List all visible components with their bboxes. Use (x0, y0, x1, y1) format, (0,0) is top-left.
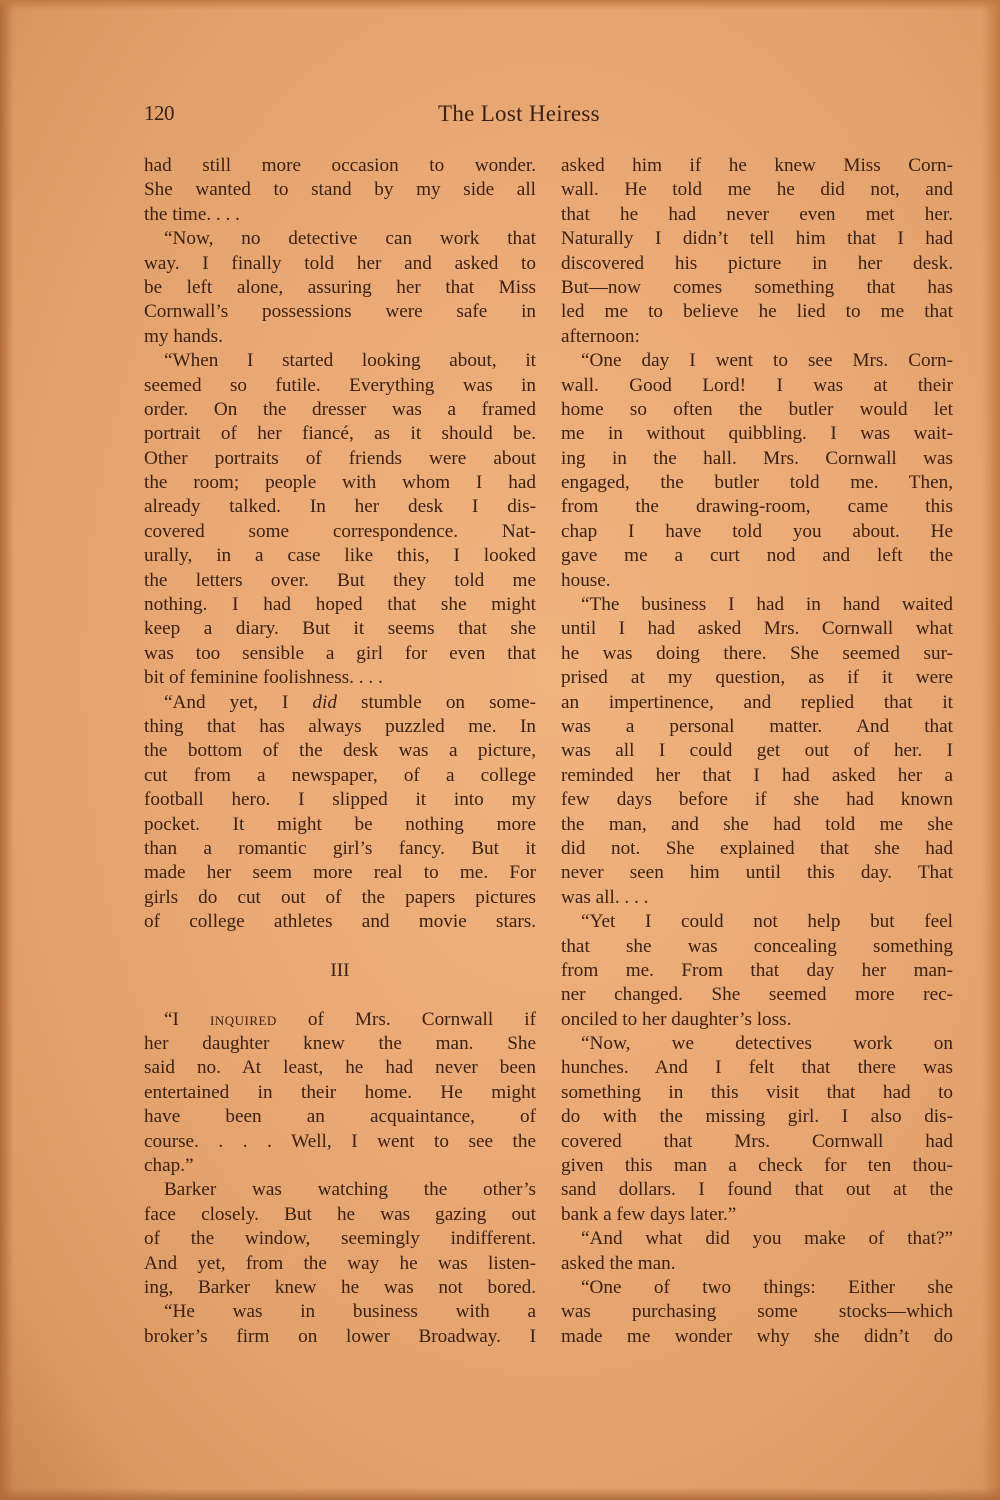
text-line: already talked. In her desk I dis- (144, 495, 536, 519)
right-column: asked him if he knew Miss Corn- wall. He… (561, 154, 953, 1349)
text-line: do with the missing girl. I also dis- (561, 1105, 953, 1129)
text-line: that she was concealing something (561, 935, 953, 959)
text-line: order. On the dresser was a framed (144, 398, 536, 422)
text-line: covered some correspondence. Nat- (144, 520, 536, 544)
text-line: “He was in business with a (144, 1300, 536, 1324)
text-line: nothing. I had hoped that she might (144, 593, 536, 617)
text-line: But—now comes something that has (561, 276, 953, 300)
text-line: ner changed. She seemed more rec- (561, 983, 953, 1007)
text-line: asked him if he knew Miss Corn- (561, 154, 953, 178)
text-line: was a personal matter. And that (561, 715, 953, 739)
text-line: “One of two things: Either she (561, 1276, 953, 1300)
text-line: discovered his picture in her desk. (561, 252, 953, 276)
text-line: “Now, we detectives work on (561, 1032, 953, 1056)
text-line: the bottom of the desk was a picture, (144, 739, 536, 763)
page-edge-shadow-top (0, 0, 1000, 10)
page-header: 120 The Lost Heiress (144, 101, 950, 131)
text-line: my hands. (144, 325, 536, 349)
text-line: Other portraits of friends were about (144, 447, 536, 471)
text-line: covered that Mrs. Cornwall had (561, 1130, 953, 1154)
text-line: house. (561, 569, 953, 593)
text-line: engaged, the butler told me. Then, (561, 471, 953, 495)
text-line: that he had never even met her. (561, 203, 953, 227)
spacer (144, 935, 536, 959)
text-line: ing, Barker knew he was not bored. (144, 1276, 536, 1300)
text-line: was all. . . . (561, 886, 953, 910)
text-line-with-small-caps: “I inquired of Mrs. Cornwall if (144, 1008, 536, 1032)
text-line: had still more occasion to wonder. (144, 154, 536, 178)
text-line: football hero. I slipped it into my (144, 788, 536, 812)
text-line: until I had asked Mrs. Cornwall what (561, 617, 953, 641)
text-line: “One day I went to see Mrs. Corn- (561, 349, 953, 373)
text-line: face closely. But he was gazing out (144, 1203, 536, 1227)
text-line: chap.” (144, 1154, 536, 1178)
text-line: the man, and she had told me she (561, 813, 953, 837)
text-line: “And what did you make of that?” (561, 1227, 953, 1251)
text-line: thing that has always puzzled me. In (144, 715, 536, 739)
text-line: entertained in their home. He might (144, 1081, 536, 1105)
page-edge-shadow-bottom (0, 1488, 1000, 1500)
text-line: have been an acquaintance, of (144, 1105, 536, 1129)
text-line: Barker was watching the other’s (144, 1178, 536, 1202)
text-line: the room; people with whom I had (144, 471, 536, 495)
text-line: the time. . . . (144, 203, 536, 227)
text-line: “When I started looking about, it (144, 349, 536, 373)
text-line-with-italic: “And yet, I did stumble on some- (144, 691, 536, 715)
text-line: cut from a newspaper, of a college (144, 764, 536, 788)
text-line: Naturally I didn’t tell him that I had (561, 227, 953, 251)
page-number: 120 (144, 101, 174, 126)
text-line: was too sensible a girl for even that (144, 642, 536, 666)
text-line: be left alone, assuring her that Miss (144, 276, 536, 300)
text-line: girls do cut out of the papers pictures (144, 886, 536, 910)
text-line: sand dollars. I found that out at the (561, 1178, 953, 1202)
text-line: of college athletes and movie stars. (144, 910, 536, 934)
text-line: hunches. And I felt that there was (561, 1056, 953, 1080)
page-edge-shadow-right (982, 0, 1000, 1500)
text-line: the letters over. But they told me (144, 569, 536, 593)
text-line: “Now, no detective can work that (144, 227, 536, 251)
left-column: had still more occasion to wonder. She w… (144, 154, 536, 1349)
section-heading: III (144, 959, 536, 983)
text-line: given this man a check for ten thou- (561, 1154, 953, 1178)
text-line: wall. Good Lord! I was at their (561, 374, 953, 398)
text-line: made me wonder why she didn’t do (561, 1325, 953, 1349)
text-line: than a romantic girl’s fancy. But it (144, 837, 536, 861)
text-line: was all I could get out of her. I (561, 739, 953, 763)
text-line: seemed so futile. Everything was in (144, 374, 536, 398)
text-line: never seen him until this day. That (561, 861, 953, 885)
text-line: an impertinence, and replied that it (561, 691, 953, 715)
text-line: reminded her that I had asked her a (561, 764, 953, 788)
text-line: urally, in a case like this, I looked (144, 544, 536, 568)
spacer (144, 983, 536, 1007)
text-line: asked the man. (561, 1252, 953, 1276)
text-line: She wanted to stand by my side all (144, 178, 536, 202)
text-line: said no. At least, he had never been (144, 1056, 536, 1080)
text-line: keep a diary. But it seems that she (144, 617, 536, 641)
text-line: he was doing there. She seemed sur- (561, 642, 953, 666)
text-line: ing in the hall. Mrs. Cornwall was (561, 447, 953, 471)
text-line: gave me a curt nod and left the (561, 544, 953, 568)
text-line: bit of feminine foolishness. . . . (144, 666, 536, 690)
text-line: onciled to her daughter’s loss. (561, 1008, 953, 1032)
text-line: portrait of her fiancé, as it should be. (144, 422, 536, 446)
text-line: Cornwall’s possessions were safe in (144, 300, 536, 324)
text-line: broker’s firm on lower Broadway. I (144, 1325, 536, 1349)
text-line: course. . . . Well, I went to see the (144, 1130, 536, 1154)
text-line: her daughter knew the man. She (144, 1032, 536, 1056)
text-line: pocket. It might be nothing more (144, 813, 536, 837)
text-line: did not. She explained that she had (561, 837, 953, 861)
text-line: “The business I had in hand waited (561, 593, 953, 617)
text-line: from me. From that day her man- (561, 959, 953, 983)
text-line: bank a few days later.” (561, 1203, 953, 1227)
text-line: made her seem more real to me. For (144, 861, 536, 885)
text-line: prised at my question, as if it were (561, 666, 953, 690)
small-caps-opening: inquired (210, 1009, 277, 1030)
text-line: was purchasing some stocks—which (561, 1300, 953, 1324)
text-line: from the drawing-room, came this (561, 495, 953, 519)
text-line: led me to believe he lied to me that (561, 300, 953, 324)
text-line: me in without quibbling. I was wait- (561, 422, 953, 446)
text-line: And yet, from the way he was listen- (144, 1252, 536, 1276)
text-line: home so often the butler would let (561, 398, 953, 422)
text-line: of the window, seemingly indifferent. (144, 1227, 536, 1251)
text-line: something in this visit that had to (561, 1081, 953, 1105)
text-line: wall. He told me he did not, and (561, 178, 953, 202)
text-line: afternoon: (561, 325, 953, 349)
running-title: The Lost Heiress (438, 101, 600, 127)
text-line: few days before if she had known (561, 788, 953, 812)
page-edge-shadow-left (0, 0, 14, 1500)
italic-emphasis: did (312, 692, 337, 713)
text-line: chap I have told you about. He (561, 520, 953, 544)
text-line: way. I finally told her and asked to (144, 252, 536, 276)
text-line: “Yet I could not help but feel (561, 910, 953, 934)
